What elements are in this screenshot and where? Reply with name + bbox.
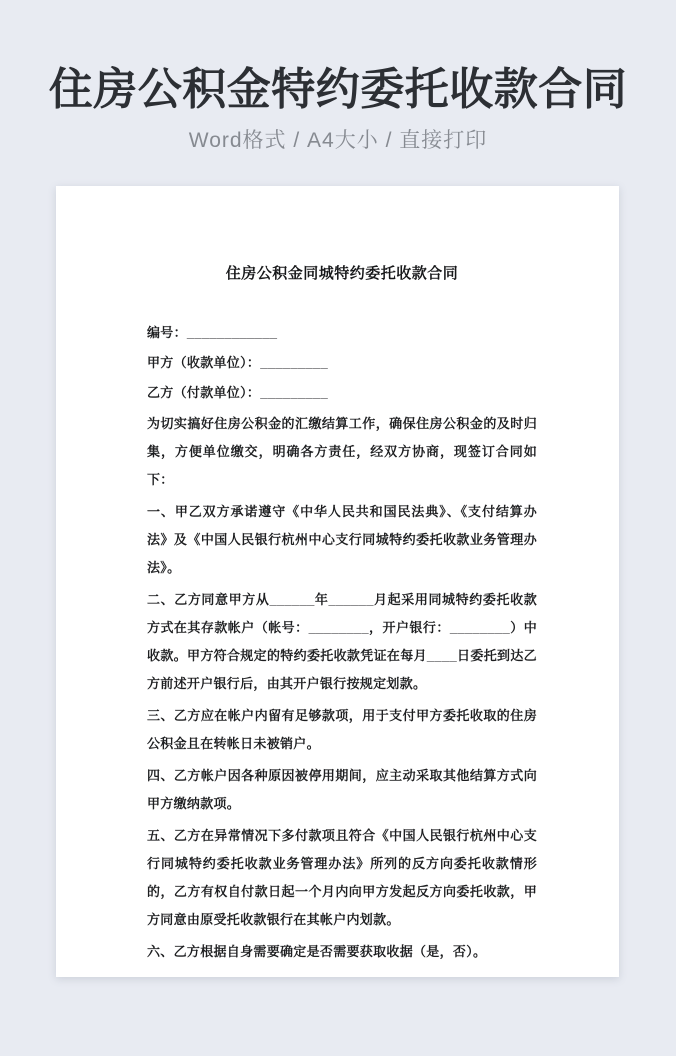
page-subtitle: Word格式 / A4大小 / 直接打印	[0, 128, 676, 154]
field-party-b: 乙方（付款单位）：_________	[147, 378, 537, 408]
page-title: 住房公积金特约委托收款合同	[0, 64, 676, 116]
paragraph-clause-2: 二、乙方同意甲方从______年______月起采用同城特约委托收款方式在其存款…	[147, 586, 537, 698]
field-contract-number: 编号：____________	[147, 318, 537, 348]
field-party-a: 甲方（收款单位）：_________	[147, 348, 537, 378]
paragraph-clause-3: 三、乙方应在帐户内留有足够款项，用于支付甲方委托收取的住房公积金且在转帐日未被销…	[147, 702, 537, 758]
paragraph-clause-6: 六、乙方根据自身需要确定是否需要获取收据（是，否）。	[147, 938, 537, 966]
document-page: 住房公积金同城特约委托收款合同 编号：____________ 甲方（收款单位）…	[56, 186, 619, 977]
document-fields: 编号：____________ 甲方（收款单位）：_________ 乙方（付款…	[147, 318, 537, 408]
document-title: 住房公积金同城特约委托收款合同	[147, 264, 537, 284]
paragraph-clause-4: 四、乙方帐户因各种原因被停用期间，应主动采取其他结算方式向甲方缴纳款项。	[147, 762, 537, 818]
paragraph-clause-1: 一、甲乙双方承诺遵守《中华人民共和国民法典》、《支付结算办法》及《中国人民银行杭…	[147, 498, 537, 582]
template-header: 住房公积金特约委托收款合同 Word格式 / A4大小 / 直接打印	[0, 0, 676, 154]
paragraph-preamble: 为切实搞好住房公积金的汇缴结算工作，确保住房公积金的及时归集，方便单位缴交，明确…	[147, 410, 537, 494]
paragraph-clause-5: 五、乙方在异常情况下多付款项且符合《中国人民银行杭州中心支行同城特约委托收款业务…	[147, 822, 537, 934]
